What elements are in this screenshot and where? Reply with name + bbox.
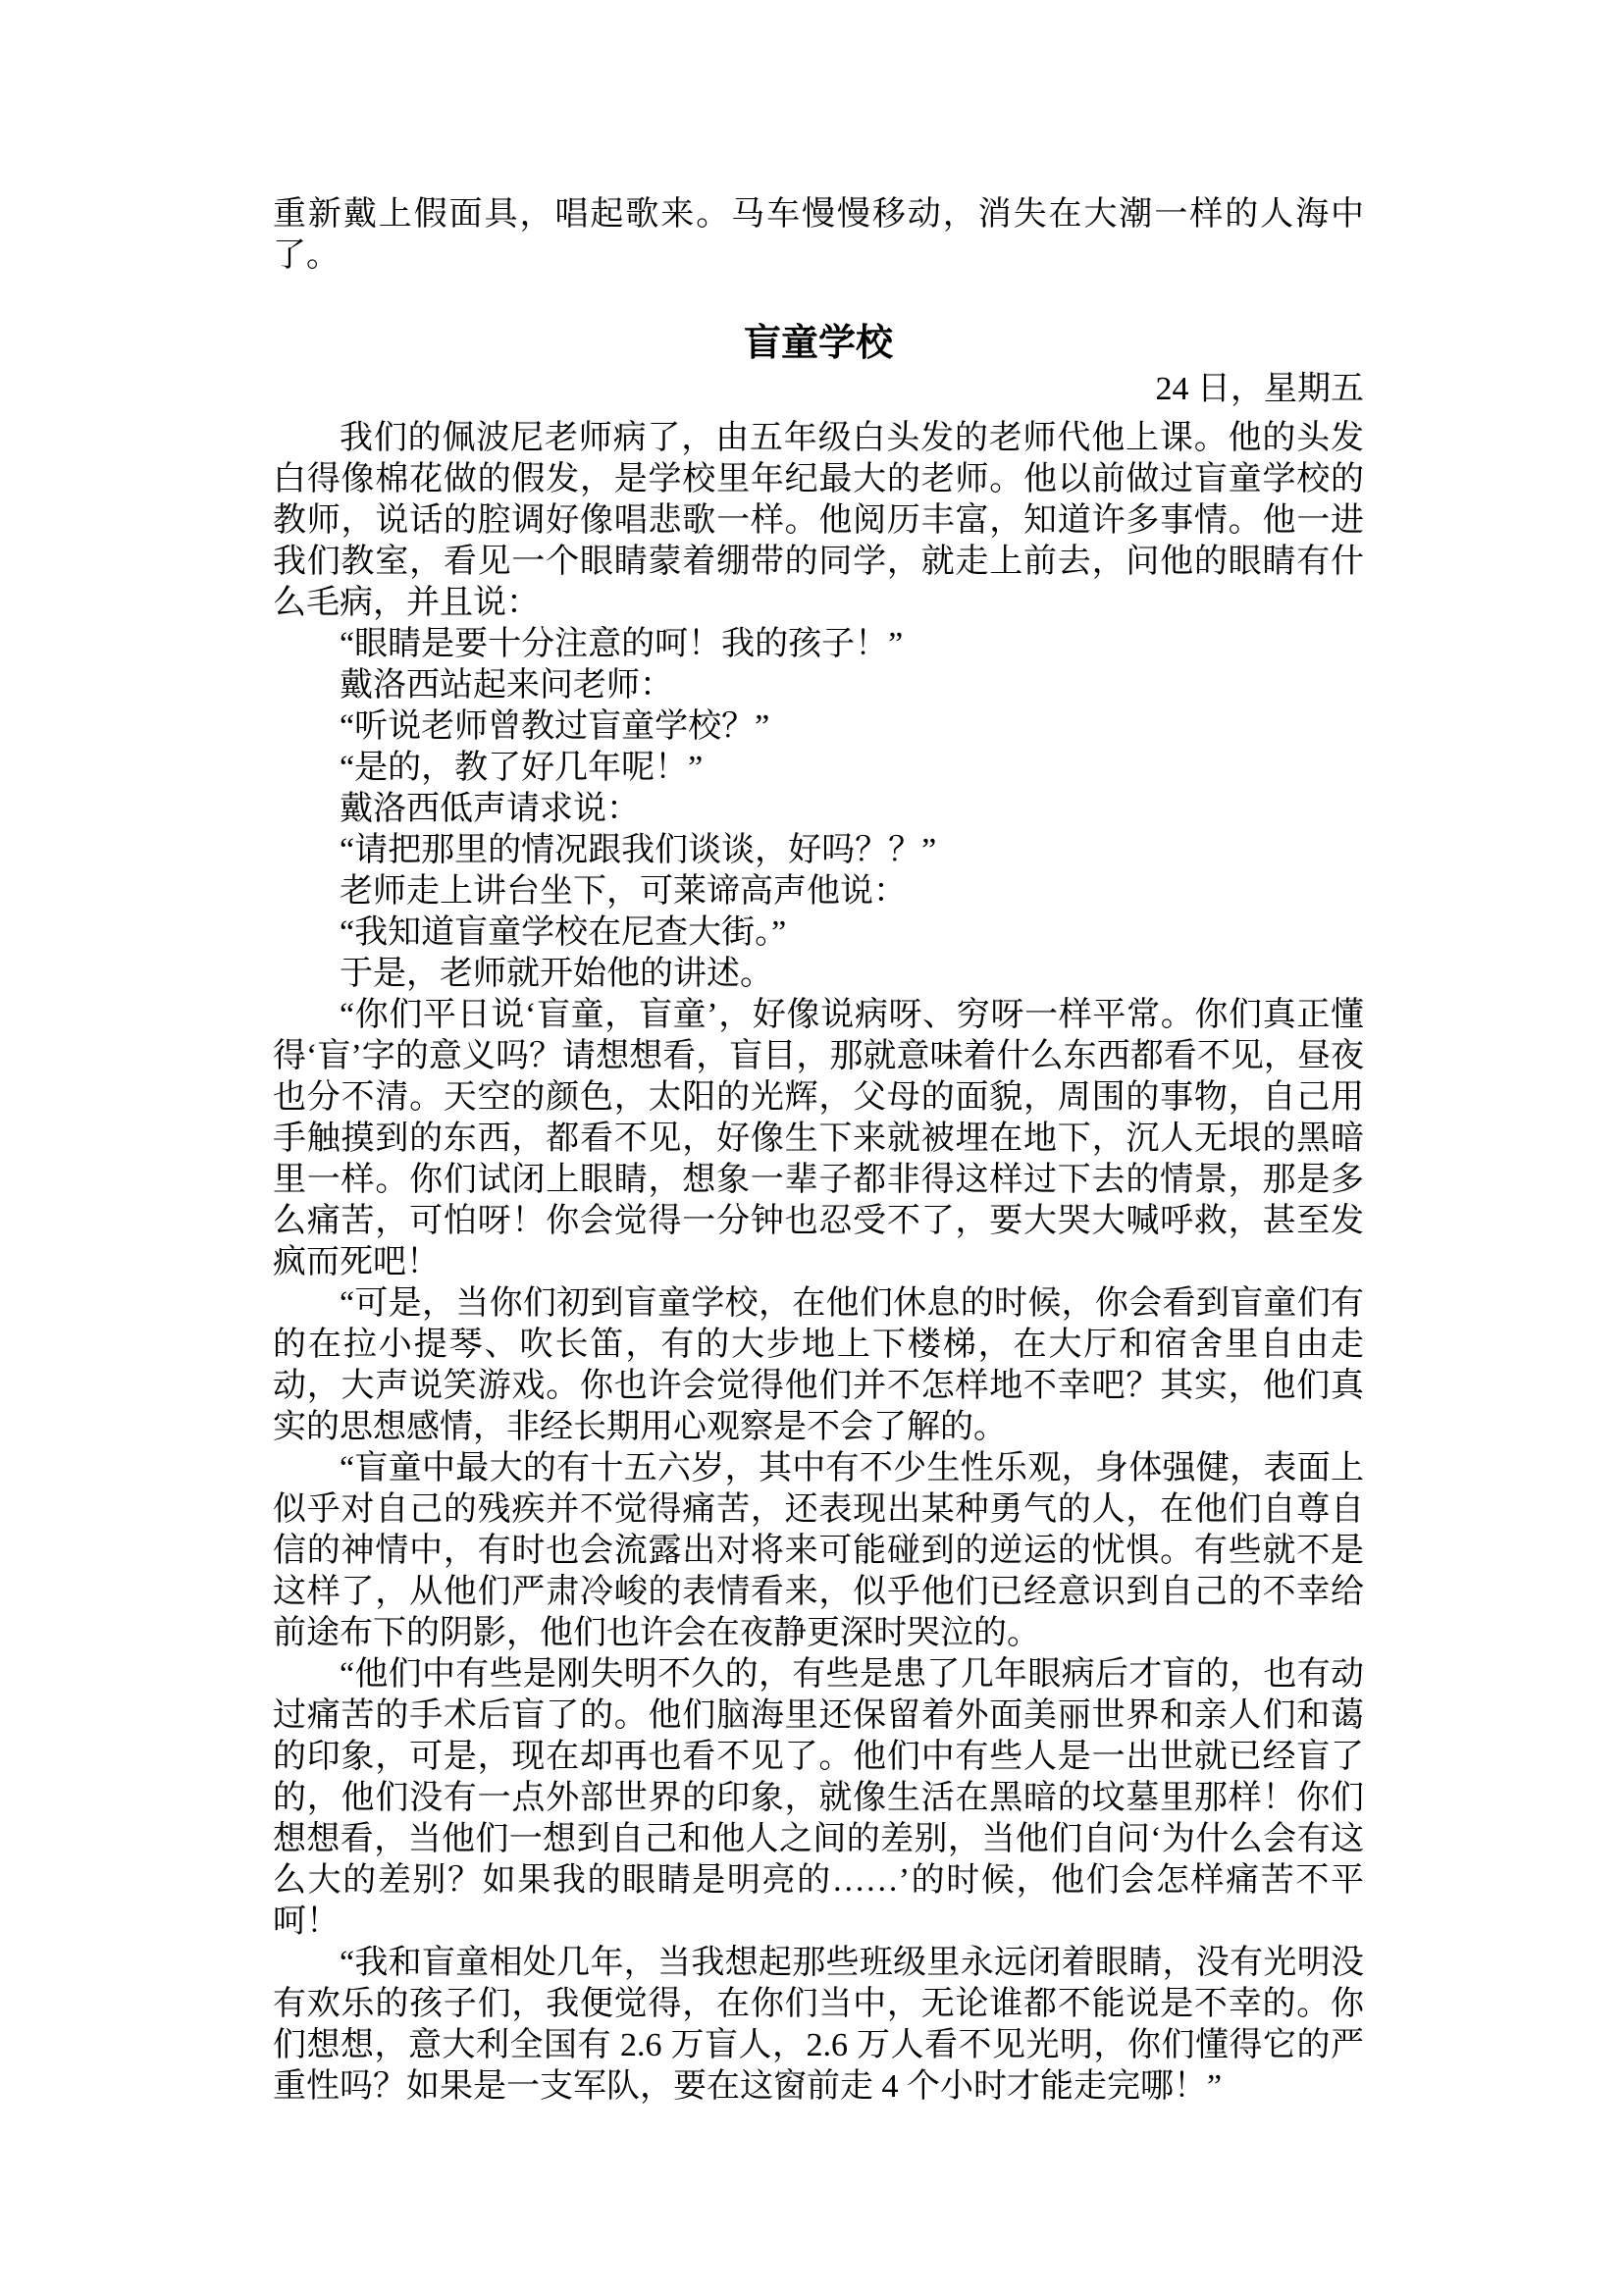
book-page: 重新戴上假面具，唱起歌来。马车慢慢移动，消失在大潮一样的人海中了。 盲童学校 2… — [0, 0, 1624, 2294]
paragraph: “你们平日说‘盲童，盲童’，好像说病呀、穷呀一样平常。你们真正懂得‘盲’字的意义… — [273, 995, 1364, 1283]
paragraph: “可是，当你们初到盲童学校，在他们休息的时候，你会看到盲童们有的在拉小提琴、吹长… — [273, 1283, 1364, 1448]
dialogue-line: 于是，老师就开始他的讲述。 — [273, 954, 1364, 995]
dialogue-line: 戴洛西站起来问老师： — [273, 665, 1364, 706]
paragraph: 我们的佩波尼老师病了，由五年级白头发的老师代他上课。他的头发白得像棉花做的假发，… — [273, 418, 1364, 624]
paragraph: “他们中有些是刚失明不久的，有些是患了几年眼病后才盲的，也有动过痛苦的手术后盲了… — [273, 1654, 1364, 1943]
paragraph: “盲童中最大的有十五六岁，其中有不少生性乐观，身体强健，表面上似乎对自己的残疾并… — [273, 1448, 1364, 1654]
dialogue-line: “请把那里的情况跟我们谈谈，好吗？？” — [273, 830, 1364, 871]
date-line: 24 日，星期五 — [273, 369, 1364, 410]
dialogue-line: “听说老师曾教过盲童学校？” — [273, 706, 1364, 748]
paragraph: “我和盲童相处几年，当我想起那些班级里永远闭着眼睛，没有光明没有欢乐的孩子们，我… — [273, 1943, 1364, 2108]
dialogue-line: 戴洛西低声请求说： — [273, 789, 1364, 830]
dialogue-line: “我知道盲童学校在尼查大街。” — [273, 912, 1364, 954]
chapter-title: 盲童学校 — [273, 322, 1364, 365]
dialogue-line: “眼睛是要十分注意的呵！我的孩子！” — [273, 624, 1364, 665]
dialogue-line: 老师走上讲台坐下，可莱谛高声他说： — [273, 871, 1364, 912]
dialogue-line: “是的，教了好几年呢！” — [273, 748, 1364, 789]
continued-paragraph: 重新戴上假面具，唱起歌来。马车慢慢移动，消失在大潮一样的人海中了。 — [273, 194, 1364, 277]
page-text-block: 重新戴上假面具，唱起歌来。马车慢慢移动，消失在大潮一样的人海中了。 盲童学校 2… — [273, 194, 1364, 2108]
